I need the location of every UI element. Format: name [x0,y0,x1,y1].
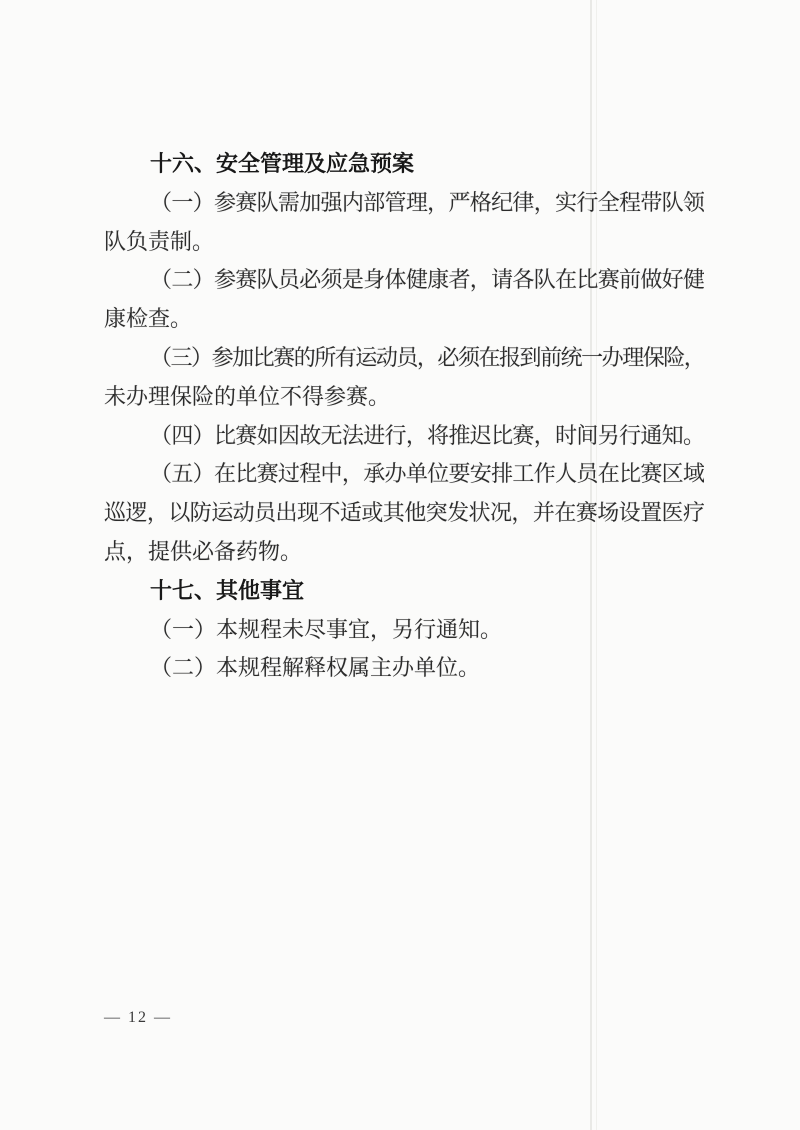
paragraph-line: （一）本规程未尽事宜，另行通知。 [104,611,704,650]
page-number: — 12 — [104,1008,172,1028]
paragraph-line: （二）本规程解释权属主办单位。 [104,649,704,688]
paragraph-line: 康检查。 [104,300,704,339]
scanned-document-page: 十六、安全管理及应急预案 （一）参赛队需加强内部管理，严格纪律，实行全程带队领 … [0,0,800,1130]
paragraph-line: 队负责制。 [104,223,704,262]
paragraph-line: （三）参加比赛的所有运动员，必须在报到前统一办理保险， [104,339,704,378]
paragraph-line: （五）在比赛过程中，承办单位要安排工作人员在比赛区域 [104,455,704,494]
paragraph-line: 巡逻，以防运动员出现不适或其他突发状况，并在赛场设置医疗 [104,494,704,533]
paragraph-line: （一）参赛队需加强内部管理，严格纪律，实行全程带队领 [104,184,704,223]
section-heading-17: 十七、其他事宜 [104,572,704,611]
paragraph-line: 未办理保险的单位不得参赛。 [104,378,704,417]
paragraph-line: （二）参赛队员必须是身体健康者，请各队在比赛前做好健 [104,261,704,300]
section-heading-16: 十六、安全管理及应急预案 [104,145,704,184]
document-body: 十六、安全管理及应急预案 （一）参赛队需加强内部管理，严格纪律，实行全程带队领 … [104,145,704,688]
paragraph-line: 点，提供必备药物。 [104,533,704,572]
paragraph-line: （四）比赛如因故无法进行，将推迟比赛，时间另行通知。 [104,417,704,456]
